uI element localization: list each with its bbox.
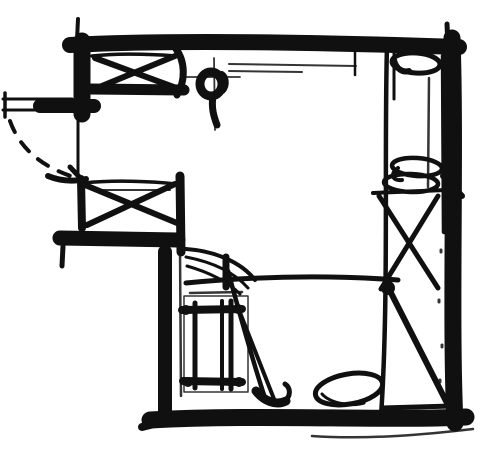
bottom-wall — [150, 417, 466, 420]
right-wall-speckles — [439, 250, 442, 382]
lower-window-top-line — [84, 181, 176, 184]
sketch-canvas — [0, 0, 500, 465]
counter-sketch-line-2 — [229, 71, 302, 72]
upper-window-sill — [90, 89, 184, 90]
floor-plan-svg — [0, 0, 500, 465]
counter-sketch-line-1 — [229, 64, 356, 66]
drain-symbol-ring — [200, 72, 222, 96]
right-wall — [452, 38, 455, 423]
partition-wall — [381, 46, 387, 416]
right-wall-inner-line — [443, 56, 444, 232]
mid-left-wall — [60, 238, 178, 240]
inner-door-fan-arc-1 — [186, 249, 255, 280]
right-wall-top-tick — [447, 24, 448, 46]
upper-window-top-line — [92, 54, 176, 56]
brace-long-diagonal — [390, 291, 448, 405]
bottom-wall-underline — [312, 429, 473, 437]
door-swing-dashed-arc — [10, 121, 80, 179]
lower-window-left-edge — [81, 179, 82, 228]
radiator-knob-bottom-left — [183, 377, 193, 387]
diagonal-foot-hook — [284, 384, 289, 401]
mid-left-wall-end-tick — [62, 246, 63, 266]
bottom-right-edge-line — [382, 406, 452, 408]
lower-left-wall-inner — [180, 250, 181, 396]
lower-window-right-edge — [180, 176, 181, 252]
radiator-knob-bottom-right — [234, 377, 244, 387]
fixture-edge-line — [428, 78, 429, 187]
radiator-knob-top-left — [181, 305, 191, 315]
sink-basin-shade — [394, 60, 409, 72]
drain-guide-line-v — [214, 58, 215, 130]
top-wall — [70, 42, 459, 47]
